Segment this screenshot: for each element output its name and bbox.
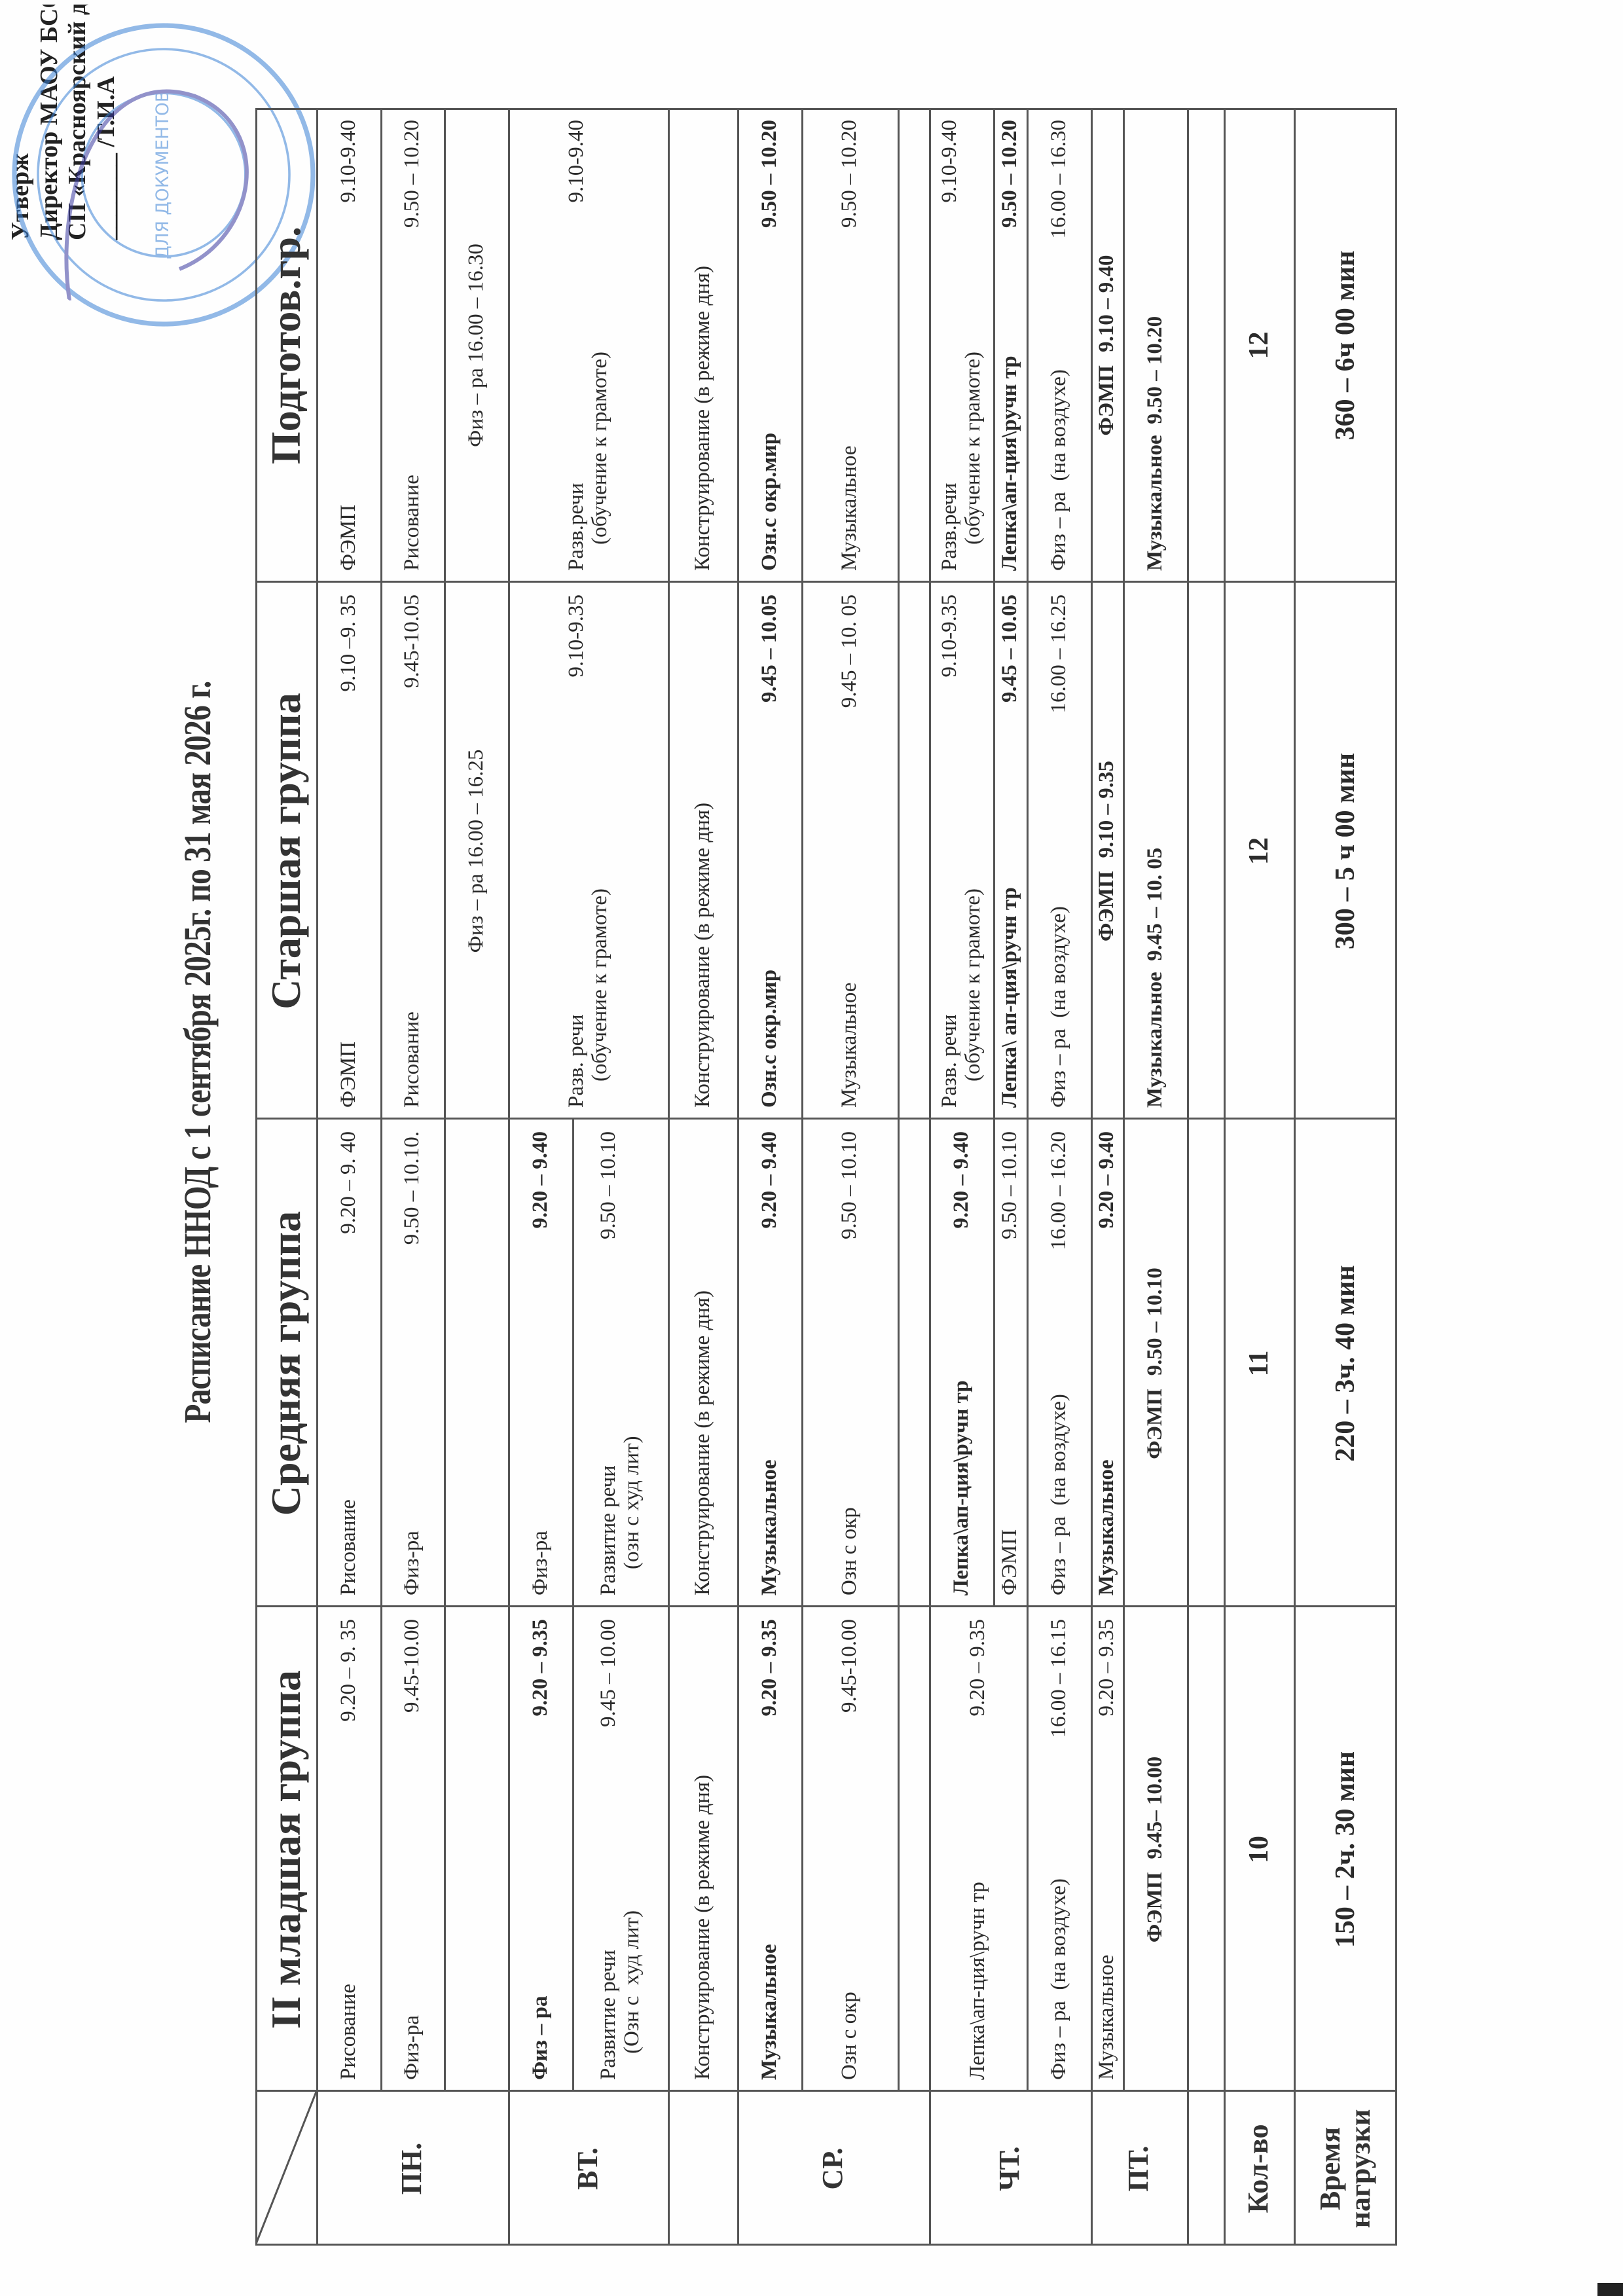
activity-cell: Конструирование (в режиме дня) xyxy=(668,108,737,583)
activity-name: Физ – ра 16.00 – 16.30 xyxy=(464,244,488,447)
activity-note: (обучение к грамоте) xyxy=(961,120,985,571)
activity-name: Музыкальное xyxy=(1095,1459,1118,1595)
activity-cell: Музыкальное9.45 – 10. 05 xyxy=(801,583,898,1120)
activity-cell: Озн.с окр.мир9.45 – 10.05 xyxy=(737,583,801,1120)
grid-line xyxy=(1187,108,1189,2246)
activity-cell: Конструирование (в режиме дня) xyxy=(668,583,737,1120)
activity-cell: Развитие речи9.50 – 10.10(озн с худ лит) xyxy=(572,1120,668,1607)
activity-time: 16.00 – 16.30 xyxy=(1047,120,1070,239)
activity-time: 9.50 – 10.20 xyxy=(998,120,1021,228)
activity-cell: Физ – ра (на воздухе)16.00 – 16.25 xyxy=(1027,583,1091,1120)
activity-row: Рисование9.20 – 9. 35 xyxy=(337,1619,360,2080)
activity-row: Музыкальное 9.45 – 10. 05 xyxy=(1143,594,1167,1108)
grid-line xyxy=(898,583,900,1120)
activity-cell: Лепка\ап-ция\ручн тр9.20 – 9.40 xyxy=(929,1120,993,1607)
activity-row: ФЭМП9.45– 10.00 xyxy=(1143,1757,1167,1942)
activity-row: Музыкальное 9.50 – 10.20 xyxy=(1143,120,1167,571)
activity-row: ФЭМП9.10 –9. 35 xyxy=(337,594,360,1108)
activity-time: 9.50 – 10.10 xyxy=(998,1131,1021,1239)
activity-name: Лепка\ ап-ция\ручн тр xyxy=(998,887,1021,1108)
activity-row: Рисование9.50 – 10.20 xyxy=(400,120,424,571)
activity-note: (обучение к грамоте) xyxy=(961,594,985,1108)
activity-row: ФЭМП9.50 – 10.10 xyxy=(998,1131,1021,1595)
activity-cell: Музыкальное9.20 – 9.40 xyxy=(737,1120,801,1607)
activity-name: Конструирование (в режиме дня) xyxy=(691,120,714,571)
group-header: Подготов.гр. xyxy=(255,108,316,583)
activity-time: 9.10-9.35 xyxy=(938,594,961,678)
activity-cell: Музыкальное 9.45 – 10. 05 xyxy=(1123,583,1187,1120)
weekly-load: 300 – 5 ч 00 мин xyxy=(1294,583,1397,1120)
activity-cell: ФЭМП9.10 –9. 35 xyxy=(316,583,380,1120)
activity-name: ФЭМП xyxy=(1143,1872,1167,1943)
activity-cell: Физ-ра9.45-10.00 xyxy=(380,1607,444,2092)
activity-cell: Физ – ра (на воздухе)16.00 – 16.15 xyxy=(1027,1607,1091,2092)
activity-time: 9.50 – 10.10. xyxy=(400,1131,424,1245)
activity-row: ФЭМП9.10 – 9.35 xyxy=(1095,761,1118,941)
activity-name: Физ-ра xyxy=(400,2015,424,2080)
activity-cell: ФЭМП9.10 – 9.35 xyxy=(1091,583,1123,1120)
grid-line xyxy=(444,1607,446,2092)
activity-row: Разв.речи9.10-9.40 xyxy=(564,120,588,571)
lesson-count: 12 xyxy=(1224,108,1294,583)
activity-row: Музыкальное9.50 – 10.20 xyxy=(837,120,861,571)
weekly-load: 360 – 6ч 00 мин xyxy=(1294,108,1397,583)
activity-time: 9.20 – 9.40 xyxy=(949,1131,973,1229)
activity-name: Физ – ра 16.00 – 16.25 xyxy=(464,750,488,953)
lesson-count: 10 xyxy=(1224,1607,1294,2092)
activity-note: (озн с худ лит) xyxy=(620,1131,644,1595)
activity-time: 9.20 – 9.40 xyxy=(528,1131,552,1229)
activity-row: Музыкальное9.20 – 9.35 xyxy=(1095,1619,1118,2080)
activity-time: 16.00 – 16.15 xyxy=(1047,1619,1070,1738)
approval-line: Директор МАОУ БСОШ xyxy=(35,5,64,240)
activity-cell: Музыкальное9.50 – 10.20 xyxy=(801,108,898,583)
activity-time: 9.20 – 9.35 xyxy=(1095,1619,1118,1717)
lesson-count: 12 xyxy=(1224,583,1294,1120)
activity-name: Рисование xyxy=(400,475,424,571)
activity-cell: Рисование9.20 – 9. 40 xyxy=(316,1120,380,1607)
activity-row: Озн с окр9.45-10.00 xyxy=(837,1619,861,2080)
activity-row: Физ – ра (на воздухе)16.00 – 16.25 xyxy=(1047,594,1070,1108)
activity-row: Рисование9.20 – 9. 40 xyxy=(337,1131,360,1595)
activity-time: 9.10-9.40 xyxy=(564,120,588,203)
activity-row: Физ – ра (на воздухе)16.00 – 16.20 xyxy=(1047,1131,1070,1595)
activity-name: Лепка\ап-ция\ручн тр xyxy=(949,1380,973,1595)
activity-row: Физ-ра9.50 – 10.10. xyxy=(400,1131,424,1595)
day-label: ПН. xyxy=(316,2092,508,2246)
activity-row: Физ-ра9.45-10.00 xyxy=(400,1619,424,2080)
activity-time: 9.45-10.00 xyxy=(400,1619,424,1713)
activity-name: Разв. речи xyxy=(938,1014,961,1108)
weekly-load: 220 – 3ч. 40 мин xyxy=(1294,1120,1397,1607)
activity-name: Озн.с окр.мир xyxy=(757,970,781,1108)
activity-row: Музыкальное9.20 – 9.35 xyxy=(757,1619,781,2080)
activity-row: Лепка\ап-ция\ручн тр9.20 – 9.40 xyxy=(949,1131,973,1595)
activity-row: Физ – ра (на воздухе)16.00 – 16.30 xyxy=(1047,120,1070,571)
approval-line: СП «Красноярский детский xyxy=(64,5,92,240)
activity-name: Физ – ра (на воздухе) xyxy=(1047,1394,1070,1595)
activity-row: Развитие речи9.50 – 10.10 xyxy=(596,1131,620,1595)
grid-line xyxy=(898,1120,900,1607)
activity-name: Музыкальное xyxy=(837,446,861,571)
activity-name: ФЭМП xyxy=(337,1042,360,1108)
activity-row: Разв. речи9.10-9.35 xyxy=(564,594,588,1108)
day-label: ВТ. xyxy=(508,2092,668,2246)
activity-cell: Физ – ра 16.00 – 16.25 xyxy=(444,583,508,1120)
activity-name: Физ – ра (на воздухе) xyxy=(1047,369,1070,571)
activity-name: Рисование xyxy=(337,1499,360,1595)
activity-name: Лепка\ап-ция\ручн тр xyxy=(966,1882,989,2080)
activity-time: 9.50 – 10.10 xyxy=(1143,1267,1167,1376)
activity-name: Физ – ра xyxy=(528,1996,552,2080)
activity-cell: Физ – ра (на воздухе)16.00 – 16.30 xyxy=(1027,108,1091,583)
svg-text:ДЛЯ ДОКУМЕНТОВ: ДЛЯ ДОКУМЕНТОВ xyxy=(153,90,173,259)
activity-cell: Рисование9.45-10.05 xyxy=(380,583,444,1120)
activity-time: 9.50 – 10.10 xyxy=(596,1131,620,1239)
activity-time: 16.00 – 16.25 xyxy=(1047,594,1070,714)
activity-name: Лепка\ап-ция\ручн тр xyxy=(998,355,1021,571)
count-label: Кол-во xyxy=(1224,2092,1294,2246)
activity-cell: Музыкальное9.20 – 9.35 xyxy=(737,1607,801,2092)
approval-line: _______ /Т.И.А xyxy=(92,5,121,240)
activity-name: Музыкальное xyxy=(837,983,861,1108)
activity-note: (Озн с худ лит) xyxy=(620,1619,644,2080)
corner-diagonal xyxy=(255,2092,316,2246)
activity-row: Озн.с окр.мир9.50 – 10.20 xyxy=(757,120,781,571)
activity-time: 9.10-9.40 xyxy=(337,120,360,203)
activity-row: Музыкальное9.20 – 9.40 xyxy=(757,1131,781,1595)
activity-row: Озн с окр9.50 – 10.10 xyxy=(837,1131,861,1595)
activity-row: Физ-ра9.20 – 9.40 xyxy=(528,1131,552,1595)
activity-cell: Физ – ра 16.00 – 16.30 xyxy=(444,108,508,583)
activity-name: Музыкальное xyxy=(757,1459,781,1595)
activity-cell: Озн с окр9.50 – 10.10 xyxy=(801,1120,898,1607)
activity-time: 9.50 – 10.20 xyxy=(400,120,424,228)
activity-name: Физ – ра (на воздухе) xyxy=(1047,906,1070,1108)
activity-cell: Конструирование (в режиме дня) xyxy=(668,1120,737,1607)
activity-row: Физ – ра (на воздухе)16.00 – 16.15 xyxy=(1047,1619,1070,2080)
activity-row: Физ – ра9.20 – 9.35 xyxy=(528,1619,552,2080)
group-header: II младшая группа xyxy=(255,1607,316,2092)
activity-name: Озн с окр xyxy=(837,1507,861,1595)
activity-time: 9.10-9.35 xyxy=(564,594,588,678)
activity-name: Конструирование (в режиме дня) xyxy=(691,594,714,1108)
activity-row: Развитие речи9.45 – 10.00 xyxy=(596,1619,620,2080)
activity-time: 9.20 – 9.35 xyxy=(528,1619,552,1717)
activity-time: 9.20 – 9.35 xyxy=(757,1619,781,1717)
activity-row: Музыкальное9.20 – 9.40 xyxy=(1095,1131,1118,1595)
group-header: Средняя группа xyxy=(255,1120,316,1607)
activity-cell: Рисование9.50 – 10.20 xyxy=(380,108,444,583)
activity-name: Музыкальное xyxy=(1095,1955,1118,2080)
activity-cell: ФЭМП9.45– 10.00 xyxy=(1123,1607,1187,2092)
activity-cell: Развитие речи9.45 – 10.00(Озн с худ лит) xyxy=(572,1607,668,2092)
activity-cell: Музыкальное 9.50 – 10.20 xyxy=(1123,108,1187,583)
activity-time: 9.50 – 10.20 xyxy=(837,120,861,228)
day-label: ПТ. xyxy=(1091,2092,1187,2246)
activity-note: (обучение к грамоте) xyxy=(588,594,611,1108)
activity-row: Лепка\ ап-ция\ручн тр9.45 – 10.05 xyxy=(998,594,1021,1108)
activity-time: 9.50 – 10.20 xyxy=(757,120,781,228)
activity-cell: Лепка\ап-ция\ручн тр9.50 – 10.20 xyxy=(993,108,1027,583)
day-label: ЧТ. xyxy=(929,2092,1091,2246)
activity-time: 9.50 – 10.10 xyxy=(837,1131,861,1239)
activity-row: Рисование9.45-10.05 xyxy=(400,594,424,1108)
activity-cell: Разв.речи9.10-9.40(обучение к грамоте) xyxy=(929,108,993,583)
activity-name: Музыкальное xyxy=(757,1944,781,2080)
activity-cell: Разв. речи9.10-9.35(обучение к грамоте) xyxy=(508,583,668,1120)
activity-cell: Музыкальное9.20 – 9.35 xyxy=(1091,1607,1123,2092)
activity-cell: Разв. речи9.10-9.35(обучение к грамоте) xyxy=(929,583,993,1120)
activity-name: ФЭМП xyxy=(1143,1389,1167,1459)
activity-name: Озн.с окр.мир xyxy=(757,433,781,571)
activity-cell: Физ – ра (на воздухе)16.00 – 16.20 xyxy=(1027,1120,1091,1607)
day-label xyxy=(668,2092,737,2246)
activity-time: 9.45-10.05 xyxy=(400,594,424,688)
load-label: Время нагрузки xyxy=(1294,2092,1397,2246)
activity-time: 9.20 – 9.40 xyxy=(757,1131,781,1229)
activity-name: Рисование xyxy=(400,1011,424,1108)
activity-name: Музыкальное 9.45 – 10. 05 xyxy=(1143,848,1167,1108)
activity-cell: Физ – ра9.20 – 9.35 xyxy=(508,1607,572,2092)
activity-time: 9.45-10.00 xyxy=(837,1619,861,1713)
activity-time: 9.10 – 9.35 xyxy=(1095,761,1118,858)
activity-name: Разв. речи xyxy=(564,1014,588,1108)
schedule-page: Утверж Директор МАОУ БСОШ СП «Красноярск… xyxy=(0,0,1623,2296)
activity-name: Физ – ра (на воздухе) xyxy=(1047,1878,1070,2080)
activity-cell: Разв.речи9.10-9.40(обучение к грамоте) xyxy=(508,108,668,583)
activity-name: Физ-ра xyxy=(400,1531,424,1595)
activity-time: 9.20 – 9. 40 xyxy=(337,1131,360,1234)
activity-name: Музыкальное 9.50 – 10.20 xyxy=(1143,316,1167,571)
activity-name: Разв.речи xyxy=(938,483,961,571)
activity-name: ФЭМП xyxy=(1095,871,1118,941)
activity-name: Физ-ра xyxy=(528,1531,552,1595)
activity-name: Рисование xyxy=(337,1984,360,2080)
grid-line xyxy=(444,1120,446,1607)
activity-row: Музыкальное9.45 – 10. 05 xyxy=(837,594,861,1108)
activity-row: Озн.с окр.мир9.45 – 10.05 xyxy=(757,594,781,1108)
activity-time: 9.45 – 10.05 xyxy=(998,594,1021,702)
activity-time: 9.45 – 10.05 xyxy=(757,594,781,702)
weekly-load: 150 – 2ч. 30 мин xyxy=(1294,1607,1397,2092)
activity-name: Развитие речи xyxy=(596,1465,620,1595)
activity-cell: Музыкальное9.20 – 9.40 xyxy=(1091,1120,1123,1607)
activity-time: 9.10 – 9.40 xyxy=(1095,255,1118,352)
activity-name: Развитие речи xyxy=(596,1950,620,2080)
activity-time: 16.00 – 16.20 xyxy=(1047,1131,1070,1250)
activity-name: ФЭМП xyxy=(337,505,360,571)
activity-cell: Озн с окр9.45-10.00 xyxy=(801,1607,898,2092)
activity-note: (обучение к грамоте) xyxy=(588,120,611,571)
activity-cell: Физ-ра9.50 – 10.10. xyxy=(380,1120,444,1607)
activity-name: Озн с окр xyxy=(837,1992,861,2080)
activity-cell: Конструирование (в режиме дня) xyxy=(668,1607,737,2092)
activity-time: 9.45 – 10. 05 xyxy=(837,594,861,708)
activity-cell: Физ-ра9.20 – 9.40 xyxy=(508,1120,572,1607)
activity-row: Физ – ра 16.00 – 16.25 xyxy=(464,750,488,953)
grid-line xyxy=(898,108,900,583)
group-header: Старшая группа xyxy=(255,583,316,1120)
lesson-count: 11 xyxy=(1224,1120,1294,1607)
day-label: СР. xyxy=(737,2092,929,2246)
activity-row: ФЭМП9.50 – 10.10 xyxy=(1143,1267,1167,1459)
activity-row: ФЭМП9.10 – 9.40 xyxy=(1095,255,1118,435)
approval-line: Утверж xyxy=(7,5,35,240)
activity-row: ФЭМП9.10-9.40 xyxy=(337,120,360,571)
activity-time: 9.45– 10.00 xyxy=(1143,1757,1167,1859)
page-title: Расписание ННОД с 1 сентября 2025г. по 3… xyxy=(175,408,219,1696)
activity-row: Лепка\ап-ция\ручн тр9.20 – 9.35 xyxy=(966,1619,989,2080)
activity-cell: Лепка\ап-ция\ручн тр9.20 – 9.35 xyxy=(929,1607,1027,2092)
activity-cell: ФЭМП9.50 – 10.10 xyxy=(993,1120,1027,1607)
activity-row: Разв.речи9.10-9.40 xyxy=(938,120,961,571)
grid-line xyxy=(898,1607,900,2092)
activity-cell: Рисование9.20 – 9. 35 xyxy=(316,1607,380,2092)
activity-cell: ФЭМП9.10 – 9.40 xyxy=(1091,108,1123,583)
activity-name: Конструирование (в режиме дня) xyxy=(691,1619,714,2080)
schedule-table: II младшая группаСредняя группаСтаршая г… xyxy=(255,108,1397,2246)
activity-time: 9.20 – 9.40 xyxy=(1095,1131,1118,1229)
activity-cell: Лепка\ ап-ция\ручн тр9.45 – 10.05 xyxy=(993,583,1027,1120)
activity-time: 9.20 – 9.35 xyxy=(966,1619,989,1717)
activity-time: 9.10 –9. 35 xyxy=(337,594,360,692)
activity-time: 9.10-9.40 xyxy=(938,120,961,203)
activity-name: Разв.речи xyxy=(564,483,588,571)
approval-block: Утверж Директор МАОУ БСОШ СП «Красноярск… xyxy=(7,5,121,240)
activity-name: Конструирование (в режиме дня) xyxy=(691,1131,714,1595)
activity-name: ФЭМП xyxy=(1095,365,1118,436)
activity-time: 9.20 – 9. 35 xyxy=(337,1619,360,1722)
activity-cell: ФЭМП9.10-9.40 xyxy=(316,108,380,583)
activity-row: Лепка\ап-ция\ручн тр9.50 – 10.20 xyxy=(998,120,1021,571)
scan-edge-mark xyxy=(1597,2283,1623,2296)
activity-cell: Озн.с окр.мир9.50 – 10.20 xyxy=(737,108,801,583)
activity-time: 9.45 – 10.00 xyxy=(596,1619,620,1727)
day-label xyxy=(1187,2092,1224,2246)
activity-row: Физ – ра 16.00 – 16.30 xyxy=(464,244,488,447)
activity-cell: ФЭМП9.50 – 10.10 xyxy=(1123,1120,1187,1607)
activity-row: Разв. речи9.10-9.35 xyxy=(938,594,961,1108)
activity-name: ФЭМП xyxy=(998,1529,1021,1595)
